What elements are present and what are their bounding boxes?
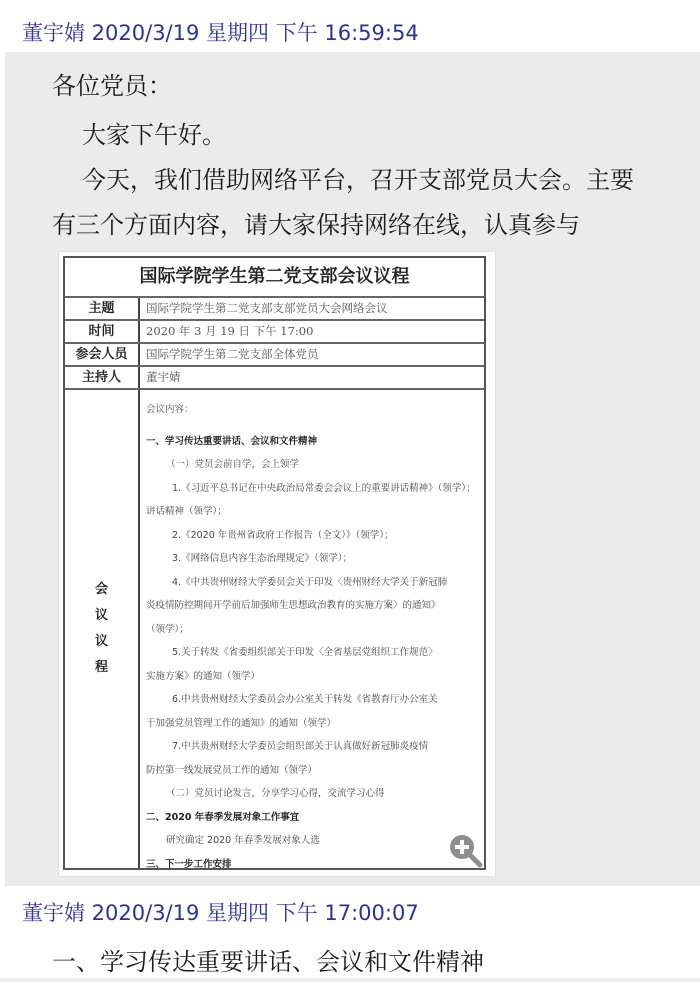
agenda-line: （二）党员讨论发言，分享学习心得，交流学习心得 (146, 782, 476, 806)
agenda-line: 1.《习近平总书记在中央政治局常委会会议上的重要讲话精神》（领学）； (146, 477, 476, 501)
agenda-label: 会 议 议 程 (65, 390, 140, 868)
agenda-line: 三、下一步工作安排 (146, 853, 476, 869)
agenda-content: 会议内容： 一、学习传达重要讲话、会议和文件精神 （一）党员会前自学，会上领学 … (140, 390, 482, 868)
agenda-label-char: 会 (95, 577, 108, 603)
agenda-line: 研究确定 2020 年春季发展对象人选 (146, 829, 476, 853)
agenda-line: 讲话精神（领学）； (146, 500, 476, 524)
message-header: 董宇婧 2020/3/19 星期四 下午 17:00:07 (22, 897, 419, 927)
row-value: 国际学院学生第二党支部支部党员大会网络会议 (140, 298, 388, 319)
agenda-line: 6.中共贵州财经大学委员会办公室关于转发《省教育厅办公室关 (146, 688, 476, 712)
agenda-line: 于加强党员管理工作的通知》的通知（领学） (146, 712, 476, 736)
agenda-line: 一、学习传达重要讲话、会议和文件精神 (146, 430, 476, 454)
message-bubble (0, 978, 700, 982)
row-label: 主持人 (65, 367, 140, 388)
agenda-line: 防控第一线发展党员工作的通知（领学） (146, 759, 476, 783)
agenda-label-char: 议 (95, 629, 108, 655)
table-row: 时间 2020 年 3 月 19 日 下午 17:00 (65, 321, 484, 344)
agenda-line: 二、2020 年春季发展对象工作事宜 (146, 806, 476, 830)
agenda-line: 3.《网络信息内容生态治理规定》（领学）； (146, 547, 476, 571)
message-header: 董宇婧 2020/3/19 星期四 下午 16:59:54 (22, 17, 419, 47)
message-greeting: 各位党员： (52, 66, 172, 101)
row-label: 参会人员 (65, 344, 140, 365)
agenda-line: （领学）； (146, 618, 476, 642)
agenda-line: 7.中共贵州财经大学委员会组织部关于认真做好新冠肺炎疫情 (146, 735, 476, 759)
agenda-line: 实施方案》的通知（领学） (146, 665, 476, 689)
agenda-line: 炎疫情防控期间开学前后加强师生思想政治教育的实施方案〉的通知》 (146, 594, 476, 618)
agenda-line: 5.关于转发《省委组织部关于印发〈全省基层党组织工作规范〉 (146, 641, 476, 665)
row-label: 时间 (65, 321, 140, 342)
agenda-line: （一）党员会前自学，会上领学 (146, 453, 476, 477)
agenda-line: 2.《2020 年贵州省政府工作报告（全文）》（领学）； (146, 524, 476, 548)
document-title: 国际学院学生第二党支部会议议程 (65, 258, 484, 298)
table-row: 主题 国际学院学生第二党支部支部党员大会网络会议 (65, 298, 484, 321)
row-value: 国际学院学生第二党支部全体党员 (140, 344, 319, 365)
message-line: 有三个方面内容，请大家保持网络在线，认真参与 (52, 205, 580, 240)
row-value: 董宇婧 (140, 367, 181, 388)
agenda-line: 4.《中共贵州财经大学委员会关于印发〈贵州财经大学关于新冠肺 (146, 571, 476, 595)
table-row: 参会人员 国际学院学生第二党支部全体党员 (65, 344, 484, 367)
attached-image[interactable]: 国际学院学生第二党支部会议议程 主题 国际学院学生第二党支部支部党员大会网络会议… (59, 252, 495, 876)
message-line: 今天，我们借助网络平台，召开支部党员大会。主要 (82, 160, 634, 195)
message-line: 大家下午好。 (82, 115, 226, 150)
row-label: 主题 (65, 298, 140, 319)
agenda-document: 国际学院学生第二党支部会议议程 主题 国际学院学生第二党支部支部党员大会网络会议… (63, 256, 486, 870)
message-line: 一、学习传达重要讲话、会议和文件精神 (52, 942, 484, 977)
agenda-line: 会议内容： (146, 398, 476, 422)
table-row: 主持人 董宇婧 (65, 367, 484, 390)
agenda-label-char: 议 (95, 603, 108, 629)
agenda-section: 会 议 议 程 会议内容： 一、学习传达重要讲话、会议和文件精神 （一）党员会前… (65, 390, 484, 868)
row-value: 2020 年 3 月 19 日 下午 17:00 (140, 321, 313, 342)
agenda-line (146, 422, 476, 430)
zoom-in-icon[interactable] (447, 832, 483, 868)
agenda-label-char: 程 (95, 655, 108, 681)
